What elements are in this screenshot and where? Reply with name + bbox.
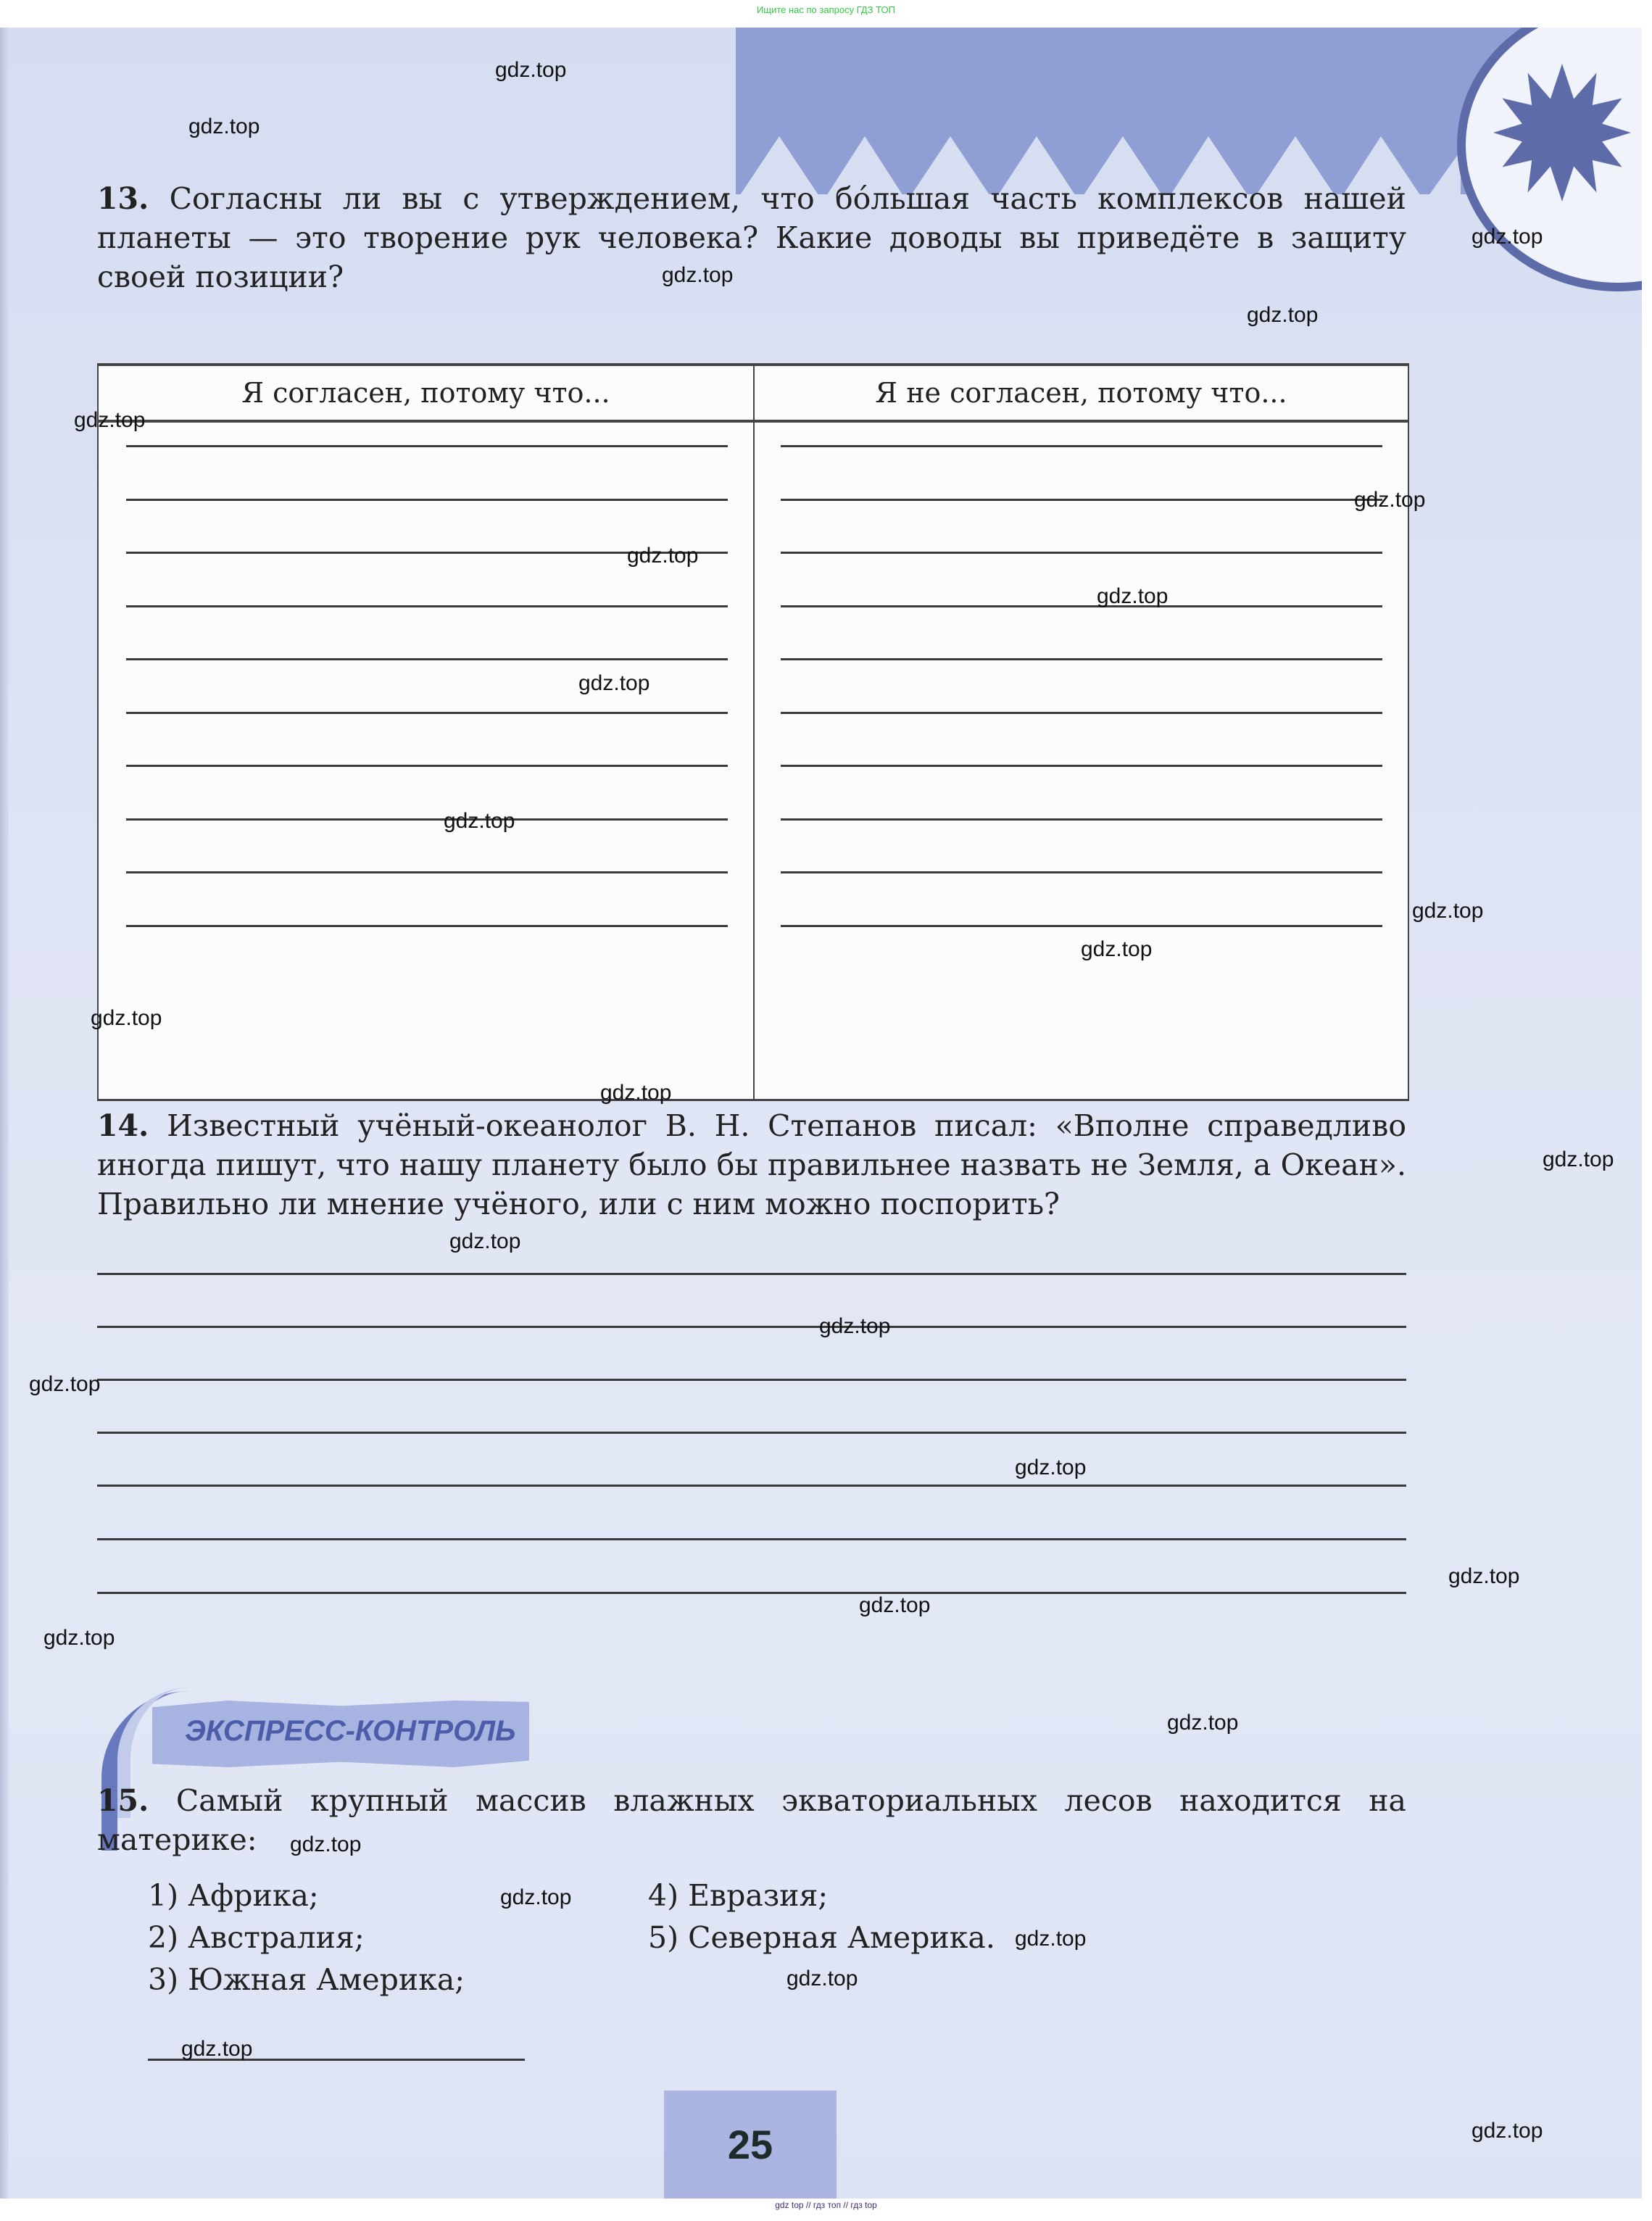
watermark: gdz.top [1472,2119,1543,2143]
watermark: gdz.top [819,1314,890,1339]
answer-line-disagree[interactable] [781,605,1382,607]
watermark: gdz.top [578,671,649,696]
watermark: gdz.top [181,2037,252,2062]
answer-line-disagree[interactable] [781,818,1382,821]
answer-line-disagree[interactable] [781,925,1382,927]
column-header-disagree: Я не согласен, потому что... [755,366,1408,420]
answer-line-q14[interactable] [97,1592,1406,1594]
watermark: gdz.top [29,1372,100,1397]
question-15-number: 15. [97,1783,149,1818]
watermark: gdz.top [1412,899,1483,923]
answer-line-disagree[interactable] [781,765,1382,767]
watermark: gdz.top [444,809,515,834]
watermark: gdz.top [600,1081,671,1105]
column-header-agree: Я согласен, потому что... [99,366,753,420]
watermark: gdz.top [1167,1711,1238,1735]
answer-line-agree[interactable] [126,712,728,714]
option-2[interactable]: 2) Австралия; [148,1920,365,1955]
page-number: 25 [664,2091,837,2199]
watermark: gdz.top [859,1593,930,1618]
answer-line-disagree[interactable] [781,712,1382,714]
answer-line-agree[interactable] [126,925,728,927]
site-banner-bottom: gdz top // гдз топ // гдз top [0,2200,1652,2210]
question-14: 14. Известный учёный-океанолог В. Н. Сте… [97,1106,1406,1224]
question-14-number: 14. [97,1108,149,1143]
answer-line-q14[interactable] [97,1485,1406,1487]
question-13-number: 13. [97,181,149,216]
option-1[interactable]: 1) Африка; [148,1878,319,1913]
answer-line-disagree[interactable] [781,658,1382,660]
answer-line-agree[interactable] [126,765,728,767]
watermark: gdz.top [1448,1564,1519,1589]
answer-line-q14[interactable] [97,1538,1406,1540]
answer-line-disagree[interactable] [781,871,1382,873]
watermark: gdz.top [91,1006,162,1031]
option-5[interactable]: 5) Северная Америка. [648,1920,995,1955]
answer-line-q14[interactable] [97,1326,1406,1328]
question-13: 13. Согласны ли вы с утверждением, что б… [97,179,1406,296]
page-spine-shadow [0,28,9,2199]
answer-line-disagree[interactable] [781,445,1382,447]
watermark: gdz.top [1543,1147,1614,1172]
answer-line-q14[interactable] [97,1432,1406,1434]
answer-line-disagree[interactable] [781,499,1382,501]
watermark: gdz.top [1015,1456,1086,1480]
agree-disagree-table: Я согласен, потому что... Я не согласен,… [97,363,1409,1101]
answer-line-agree[interactable] [126,499,728,501]
answer-line-agree[interactable] [126,445,728,447]
watermark: gdz.top [43,1626,115,1651]
watermark: gdz.top [1247,303,1318,328]
page-number-box: 25 [664,2091,837,2199]
watermark: gdz.top [1472,225,1543,249]
watermark: gdz.top [1015,1927,1086,1951]
express-control-banner: ЭКСПРЕСС-КОНТРОЛЬ [101,1687,551,1774]
answer-line-agree[interactable] [126,871,728,873]
question-13-text: Согласны ли вы с утверждением, что бо́ль… [97,181,1406,294]
star-icon [1493,60,1631,205]
answer-line-agree[interactable] [126,818,728,821]
option-4[interactable]: 4) Евразия; [648,1878,828,1913]
site-banner-top: Ищите нас по запросу ГДЗ ТОП [0,4,1652,15]
section-title: ЭКСПРЕСС-КОНТРОЛЬ [185,1715,515,1748]
watermark: gdz.top [662,263,733,288]
watermark: gdz.top [495,58,566,83]
watermark: gdz.top [188,115,260,139]
watermark: gdz.top [449,1229,520,1254]
column-divider [753,366,755,1099]
watermark: gdz.top [1097,584,1168,609]
answer-line-q14[interactable] [97,1273,1406,1275]
watermark: gdz.top [290,1832,361,1857]
answer-line-agree[interactable] [126,605,728,607]
watermark: gdz.top [1081,937,1152,962]
watermark: gdz.top [74,408,145,433]
watermark: gdz.top [1354,488,1425,512]
answer-line-disagree[interactable] [781,552,1382,554]
answer-line-q14[interactable] [97,1379,1406,1381]
answer-line-agree[interactable] [126,658,728,660]
question-14-text: Известный учёный-океанолог В. Н. Степано… [97,1108,1406,1221]
watermark: gdz.top [500,1885,571,1910]
watermark: gdz.top [627,544,698,568]
workbook-page: 13. Согласны ли вы с утверждением, что б… [0,28,1642,2199]
option-3[interactable]: 3) Южная Америка; [148,1962,465,1997]
watermark: gdz.top [786,1967,858,1991]
